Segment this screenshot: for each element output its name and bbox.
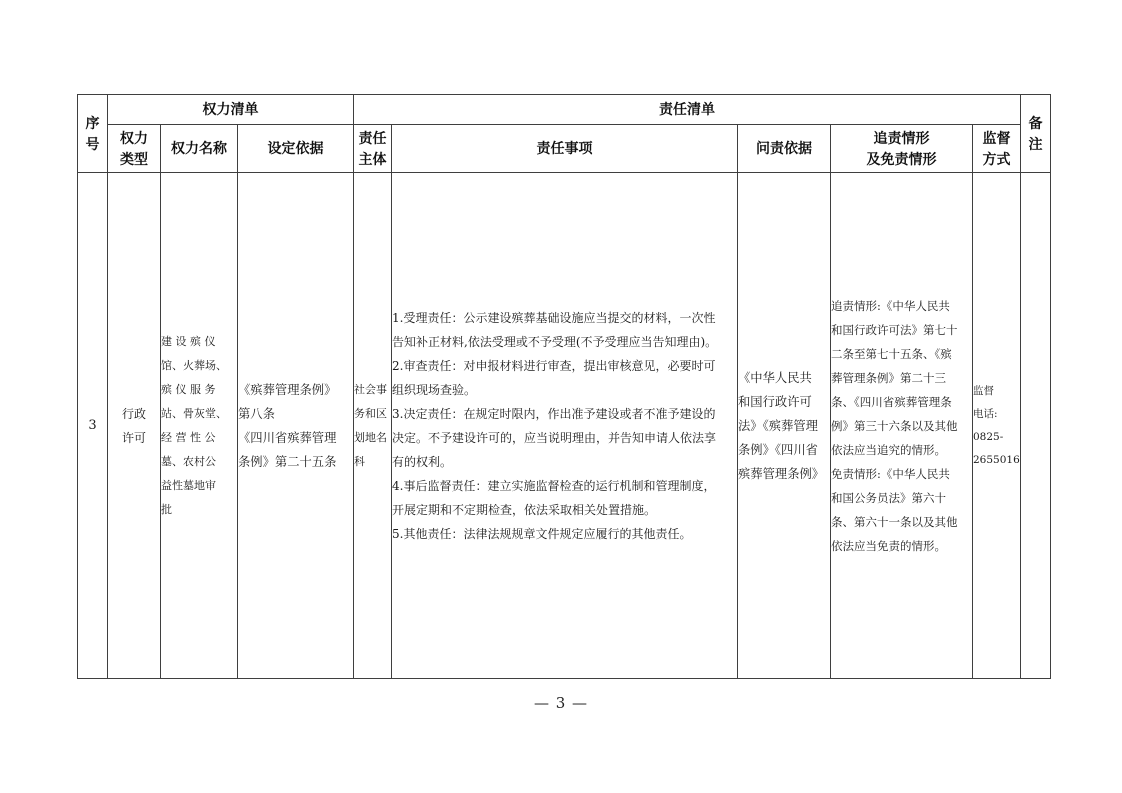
cell-setting-basis: 《殡葬管理条例》 第八条 《四川省殡葬管理 条例》第二十五条 xyxy=(238,173,354,679)
cell-serial-no: 3 xyxy=(78,173,108,679)
header-power-name: 权力名称 xyxy=(161,125,238,173)
header-remarks: 备 注 xyxy=(1021,95,1051,173)
page-number: — 3 — xyxy=(0,694,1122,712)
table-header-row-columns: 权力 类型 权力名称 设定依据 责任 主体 责任事项 问责依据 追责情形 及免责… xyxy=(78,125,1051,173)
header-pursuit-and-exemption: 追责情形 及免责情形 xyxy=(831,125,973,173)
header-supervision-method: 监督 方式 xyxy=(973,125,1021,173)
header-serial-no: 序 号 xyxy=(78,95,108,173)
cell-remarks xyxy=(1021,173,1051,679)
power-duty-list-table: 序 号 权力清单 责任清单 备 注 权力 类型 权力名称 设定依据 责任 主体 … xyxy=(77,94,1051,679)
header-duty-list-group: 责任清单 xyxy=(354,95,1021,125)
header-power-type: 权力 类型 xyxy=(108,125,161,173)
header-setting-basis: 设定依据 xyxy=(238,125,354,173)
header-power-list-group: 权力清单 xyxy=(108,95,354,125)
header-duty-items: 责任事项 xyxy=(392,125,738,173)
cell-power-type: 行政 许可 xyxy=(108,173,161,679)
header-accountability-basis: 问责依据 xyxy=(738,125,831,173)
cell-pursuit-and-exemption: 追责情形:《中华人民共 和国行政许可法》第七十 二条至第七十五条、《殡 葬管理条… xyxy=(831,173,973,679)
cell-duty-subject: 社会事 务和区 划地名 科 xyxy=(354,173,392,679)
cell-power-name: 建 设 殡 仪 馆、火葬场、 殡 仪 服 务 站、骨灰堂、 经 营 性 公 墓、… xyxy=(161,173,238,679)
document-page: 序 号 权力清单 责任清单 备 注 权力 类型 权力名称 设定依据 责任 主体 … xyxy=(0,0,1122,793)
table-row: 3 行政 许可 建 设 殡 仪 馆、火葬场、 殡 仪 服 务 站、骨灰堂、 经 … xyxy=(78,173,1051,679)
cell-supervision-method: 监督 电话: 0825- 2655016 xyxy=(973,173,1021,679)
cell-duty-items: 1.受理责任：公示建设殡葬基础设施应当提交的材料，一次性 告知补正材料,依法受理… xyxy=(392,173,738,679)
table-header-row-groups: 序 号 权力清单 责任清单 备 注 xyxy=(78,95,1051,125)
cell-accountability-basis: 《中华人民共 和国行政许可 法》《殡葬管理 条例》《四川省 殡葬管理条例》 xyxy=(738,173,831,679)
header-duty-subject: 责任 主体 xyxy=(354,125,392,173)
